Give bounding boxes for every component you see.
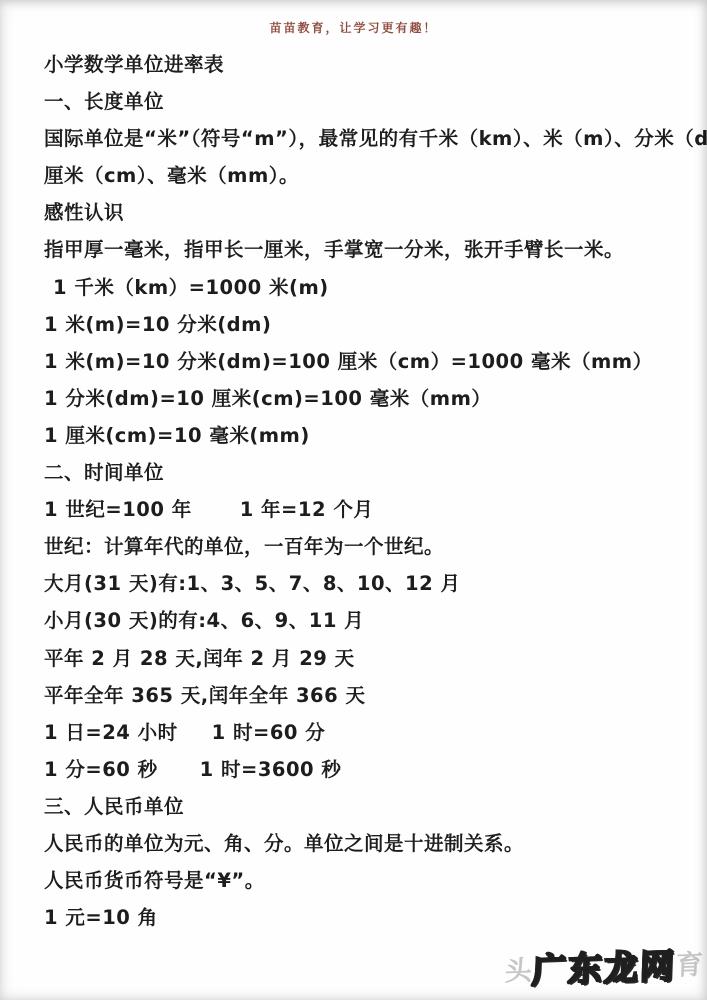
doc-line-segment: 1 分=60 秒 [44,758,158,781]
doc-line: 人民币的单位为元、角、分。单位之间是十进制关系。 [44,825,697,862]
document-page: 苗苗教育，让学习更有趣！ 小学数学单位进率表 一、长度单位 国际单位是“米”（符… [0,0,707,1000]
doc-line-segment: 1 日=24 小时 [44,721,178,744]
doc-line: 平年全年 365 天,闰年全年 366 天 [44,677,697,714]
watermark-ghost-left: 头 [504,955,532,987]
site-slogan: 苗苗教育，让学习更有趣！ [0,19,707,36]
doc-line: 1 元=10 角 [44,899,697,936]
doc-line: 1 分米(dm)=10 厘米(cm)=100 毫米（mm） [44,380,697,417]
doc-line: 小月(30 天)的有:4、6、9、11 月 [44,602,697,639]
watermark-ghost-right: 育 [675,950,703,982]
doc-line: 指甲厚一毫米，指甲长一厘米，手掌宽一分米，张开手臂长一米。 [44,231,697,268]
doc-line: 人民币货币符号是“¥”。 [44,862,697,899]
doc-line: 1 日=24 小时1 时=60 分 [44,714,697,751]
doc-line: 平年 2 月 28 天,闰年 2 月 29 天 [44,640,697,677]
doc-line: 大月(31 天)有:1、3、5、7、8、10、12 月 [44,565,697,602]
section-heading-time: 二、时间单位 [44,454,697,491]
doc-title: 小学数学单位进率表 [44,46,697,83]
doc-line: 厘米（cm）、毫米（mm）。 [44,157,697,194]
doc-line: 1 厘米(cm)=10 毫米(mm) [44,417,697,454]
doc-line-segment: 1 时=3600 秒 [200,758,342,781]
watermark: 头广东龙网育 [504,938,704,994]
section-heading-rmb: 三、人民币单位 [44,788,697,825]
doc-line-segment: 1 世纪=100 年 [44,498,192,521]
document-body: 小学数学单位进率表 一、长度单位 国际单位是“米”（符号“m”），最常见的有千米… [44,46,697,936]
doc-line-segment: 1 时=60 分 [212,721,326,744]
doc-line: 1 米(m)=10 分米(dm) [44,306,697,343]
section-heading-length: 一、长度单位 [44,83,697,120]
doc-line: 感性认识 [44,194,697,231]
doc-line-segment: 1 年=12 个月 [240,498,374,521]
doc-line: 1 米(m)=10 分米(dm)=100 厘米（cm）=1000 毫米（mm） [44,343,697,380]
doc-line: 国际单位是“米”（符号“m”），最常见的有千米（km）、米（m）、分米（dm）、 [44,120,697,157]
doc-line: 1 分=60 秒1 时=3600 秒 [44,751,697,788]
watermark-main: 广东龙网 [531,946,676,991]
doc-line: 1 世纪=100 年1 年=12 个月 [44,491,697,528]
doc-line: 世纪：计算年代的单位，一百年为一个世纪。 [44,528,697,565]
doc-line: 1 千米（km）=1000 米(m) [44,269,697,306]
